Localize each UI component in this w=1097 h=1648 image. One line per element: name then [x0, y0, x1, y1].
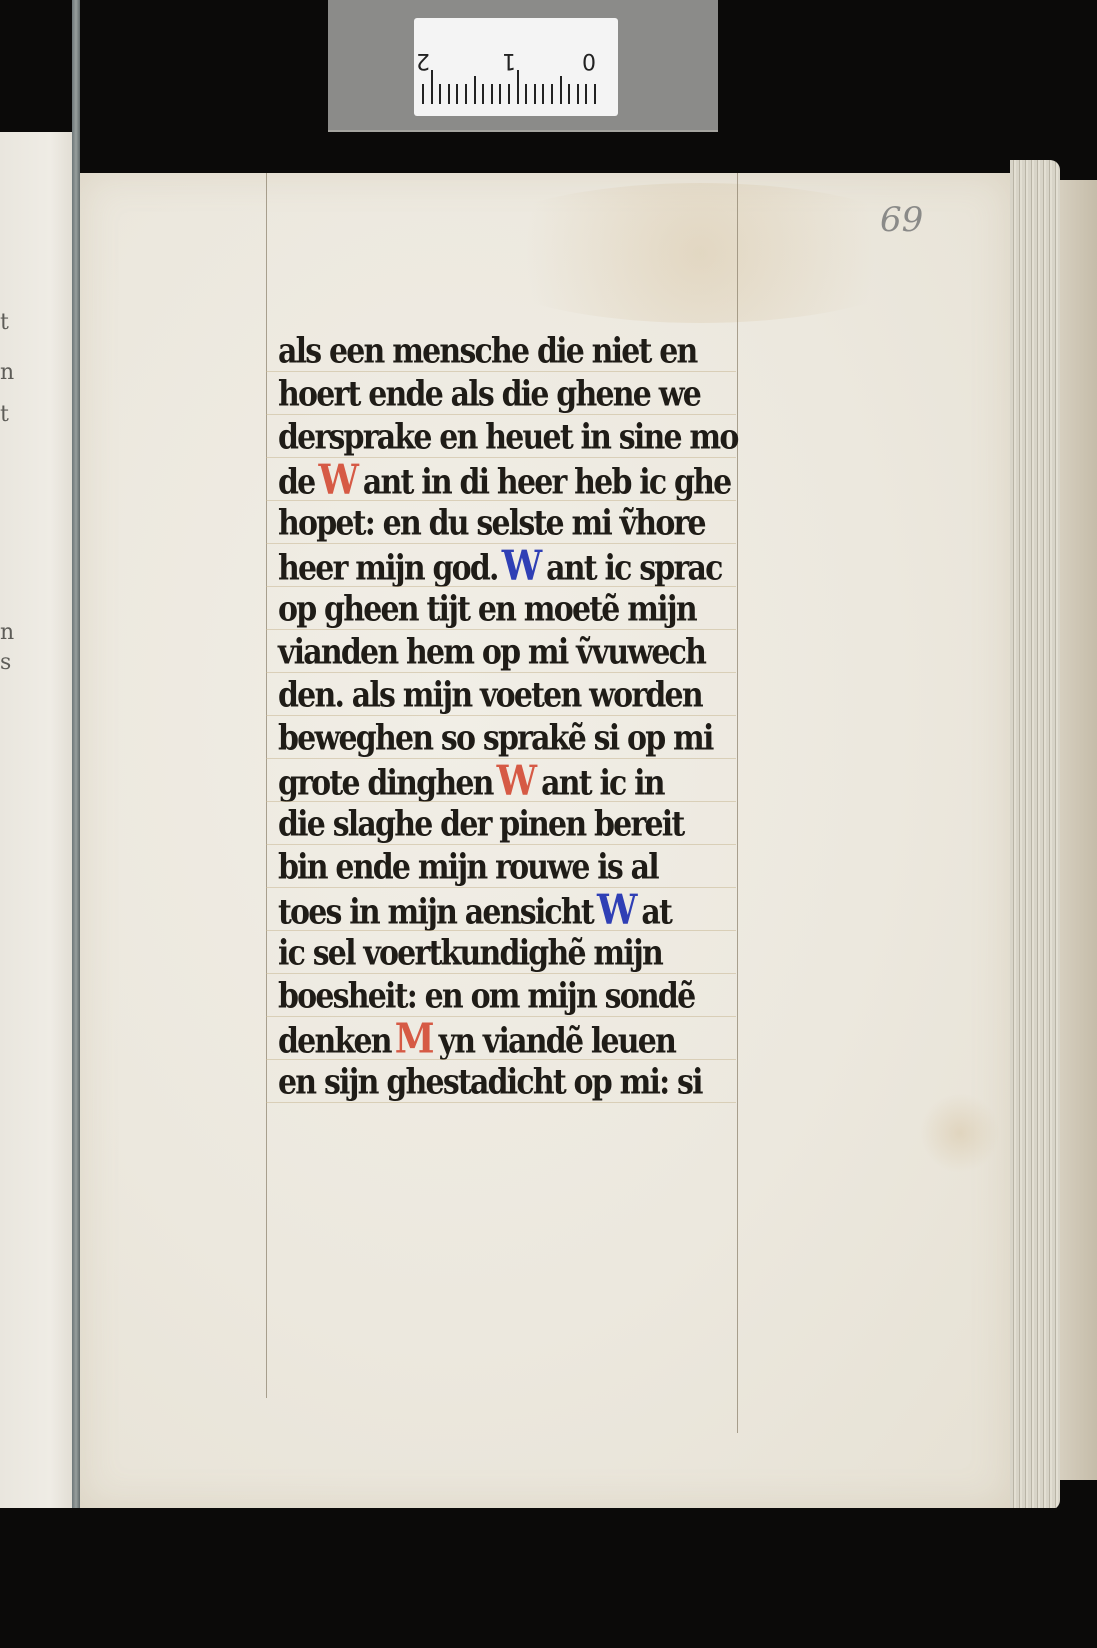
line-text: op gheen tijt en moetẽ mijn	[278, 589, 696, 629]
ruling-line	[266, 887, 736, 888]
bleed-through-glyph: n	[0, 362, 12, 384]
bleed-through-glyph: t	[0, 312, 12, 334]
line-text: vianden hem op mi ṽvuwech	[278, 632, 705, 672]
ruling-line	[266, 844, 736, 845]
scale-tick	[431, 70, 433, 104]
ruling-line	[266, 758, 736, 759]
ruling-line	[266, 500, 736, 501]
ruling-line	[266, 414, 736, 415]
scale-tick	[508, 84, 510, 104]
line-text: den. als mijn voeten worden	[278, 675, 702, 715]
ruling-line	[266, 1016, 736, 1017]
text-block: als een mensche die niet enhoert ende al…	[278, 330, 798, 1104]
scale-ticks	[422, 70, 608, 104]
ruling-line	[266, 715, 736, 716]
page-edges	[1010, 160, 1060, 1510]
scale-tick	[422, 84, 424, 104]
scale-tick	[542, 84, 544, 104]
scale-tick	[491, 84, 493, 104]
line-text: yn viandẽ leuen	[439, 1022, 675, 1062]
line-text: hoert ende als die ghene we	[278, 374, 700, 414]
scale-tick	[525, 84, 527, 104]
text-line: en sijn ghestadicht op mi: si	[278, 1058, 798, 1107]
ruling-line	[266, 1102, 736, 1103]
scale-tick	[560, 76, 562, 104]
ruling-line	[266, 543, 736, 544]
ruling-line	[266, 973, 736, 974]
foxing-stain	[920, 1093, 1000, 1173]
ruling-line	[266, 672, 736, 673]
scale-tick	[465, 84, 467, 104]
ruling-line	[266, 629, 736, 630]
ruling-line	[266, 930, 736, 931]
scale-tick	[577, 84, 579, 104]
line-text: ant ic sprac	[546, 549, 721, 589]
line-text: beweghen so sprakẽ si op mi	[278, 718, 713, 758]
ruling-left	[266, 173, 267, 1398]
background	[0, 1508, 1097, 1648]
line-text: bin ende mijn rouwe is al	[278, 847, 658, 887]
bleed-through-glyph: n	[0, 622, 12, 644]
folio-number: 69	[880, 200, 923, 240]
water-stain	[460, 183, 940, 323]
facing-left-page: t n t n s	[0, 132, 72, 1520]
ruling-line	[266, 801, 736, 802]
line-text: ic sel voertkundighẽ mijn	[278, 933, 662, 973]
line-text: en sijn ghestadicht op mi: si	[278, 1062, 702, 1102]
bleed-through-glyph: s	[0, 652, 12, 674]
scale-tick	[551, 84, 553, 104]
scale-tick	[482, 84, 484, 104]
scale-tick	[456, 84, 458, 104]
line-text: de	[278, 463, 314, 503]
binding	[1060, 180, 1097, 1480]
line-text: heer mijn god.	[278, 549, 498, 589]
line-text: boesheit: en om mijn sondẽ	[278, 976, 694, 1016]
line-text: at	[641, 893, 671, 933]
line-text: dersprake en heuet in sine mo	[278, 417, 738, 457]
ruling-line	[266, 1059, 736, 1060]
scale-tick	[534, 84, 536, 104]
scale-tick	[448, 84, 450, 104]
scale-bar: 2 1 0	[414, 18, 618, 116]
scale-tick	[517, 70, 519, 104]
line-text: toes in mijn aensicht	[278, 893, 593, 933]
glass-plate-edge	[72, 0, 80, 1648]
scale-tick	[499, 84, 501, 104]
line-text: hopet: en du selste mi ṽhore	[278, 503, 705, 543]
scale-tick	[585, 84, 587, 104]
line-text: denken	[278, 1022, 391, 1062]
scale-tick	[474, 76, 476, 104]
scale-tick	[594, 84, 596, 104]
bleed-through-glyph: t	[0, 404, 12, 426]
line-text: ant ic in	[541, 764, 664, 804]
scale-tick	[568, 84, 570, 104]
line-text: als een mensche die niet en	[278, 331, 697, 371]
ruling-line	[266, 586, 736, 587]
ruling-line	[266, 457, 736, 458]
line-text: die slaghe der pinen bereit	[278, 804, 683, 844]
line-text: ant in di heer heb ic ghe	[363, 463, 731, 503]
scale-tick	[439, 84, 441, 104]
ruling-line	[266, 371, 736, 372]
line-text: grote dinghen	[278, 764, 493, 804]
